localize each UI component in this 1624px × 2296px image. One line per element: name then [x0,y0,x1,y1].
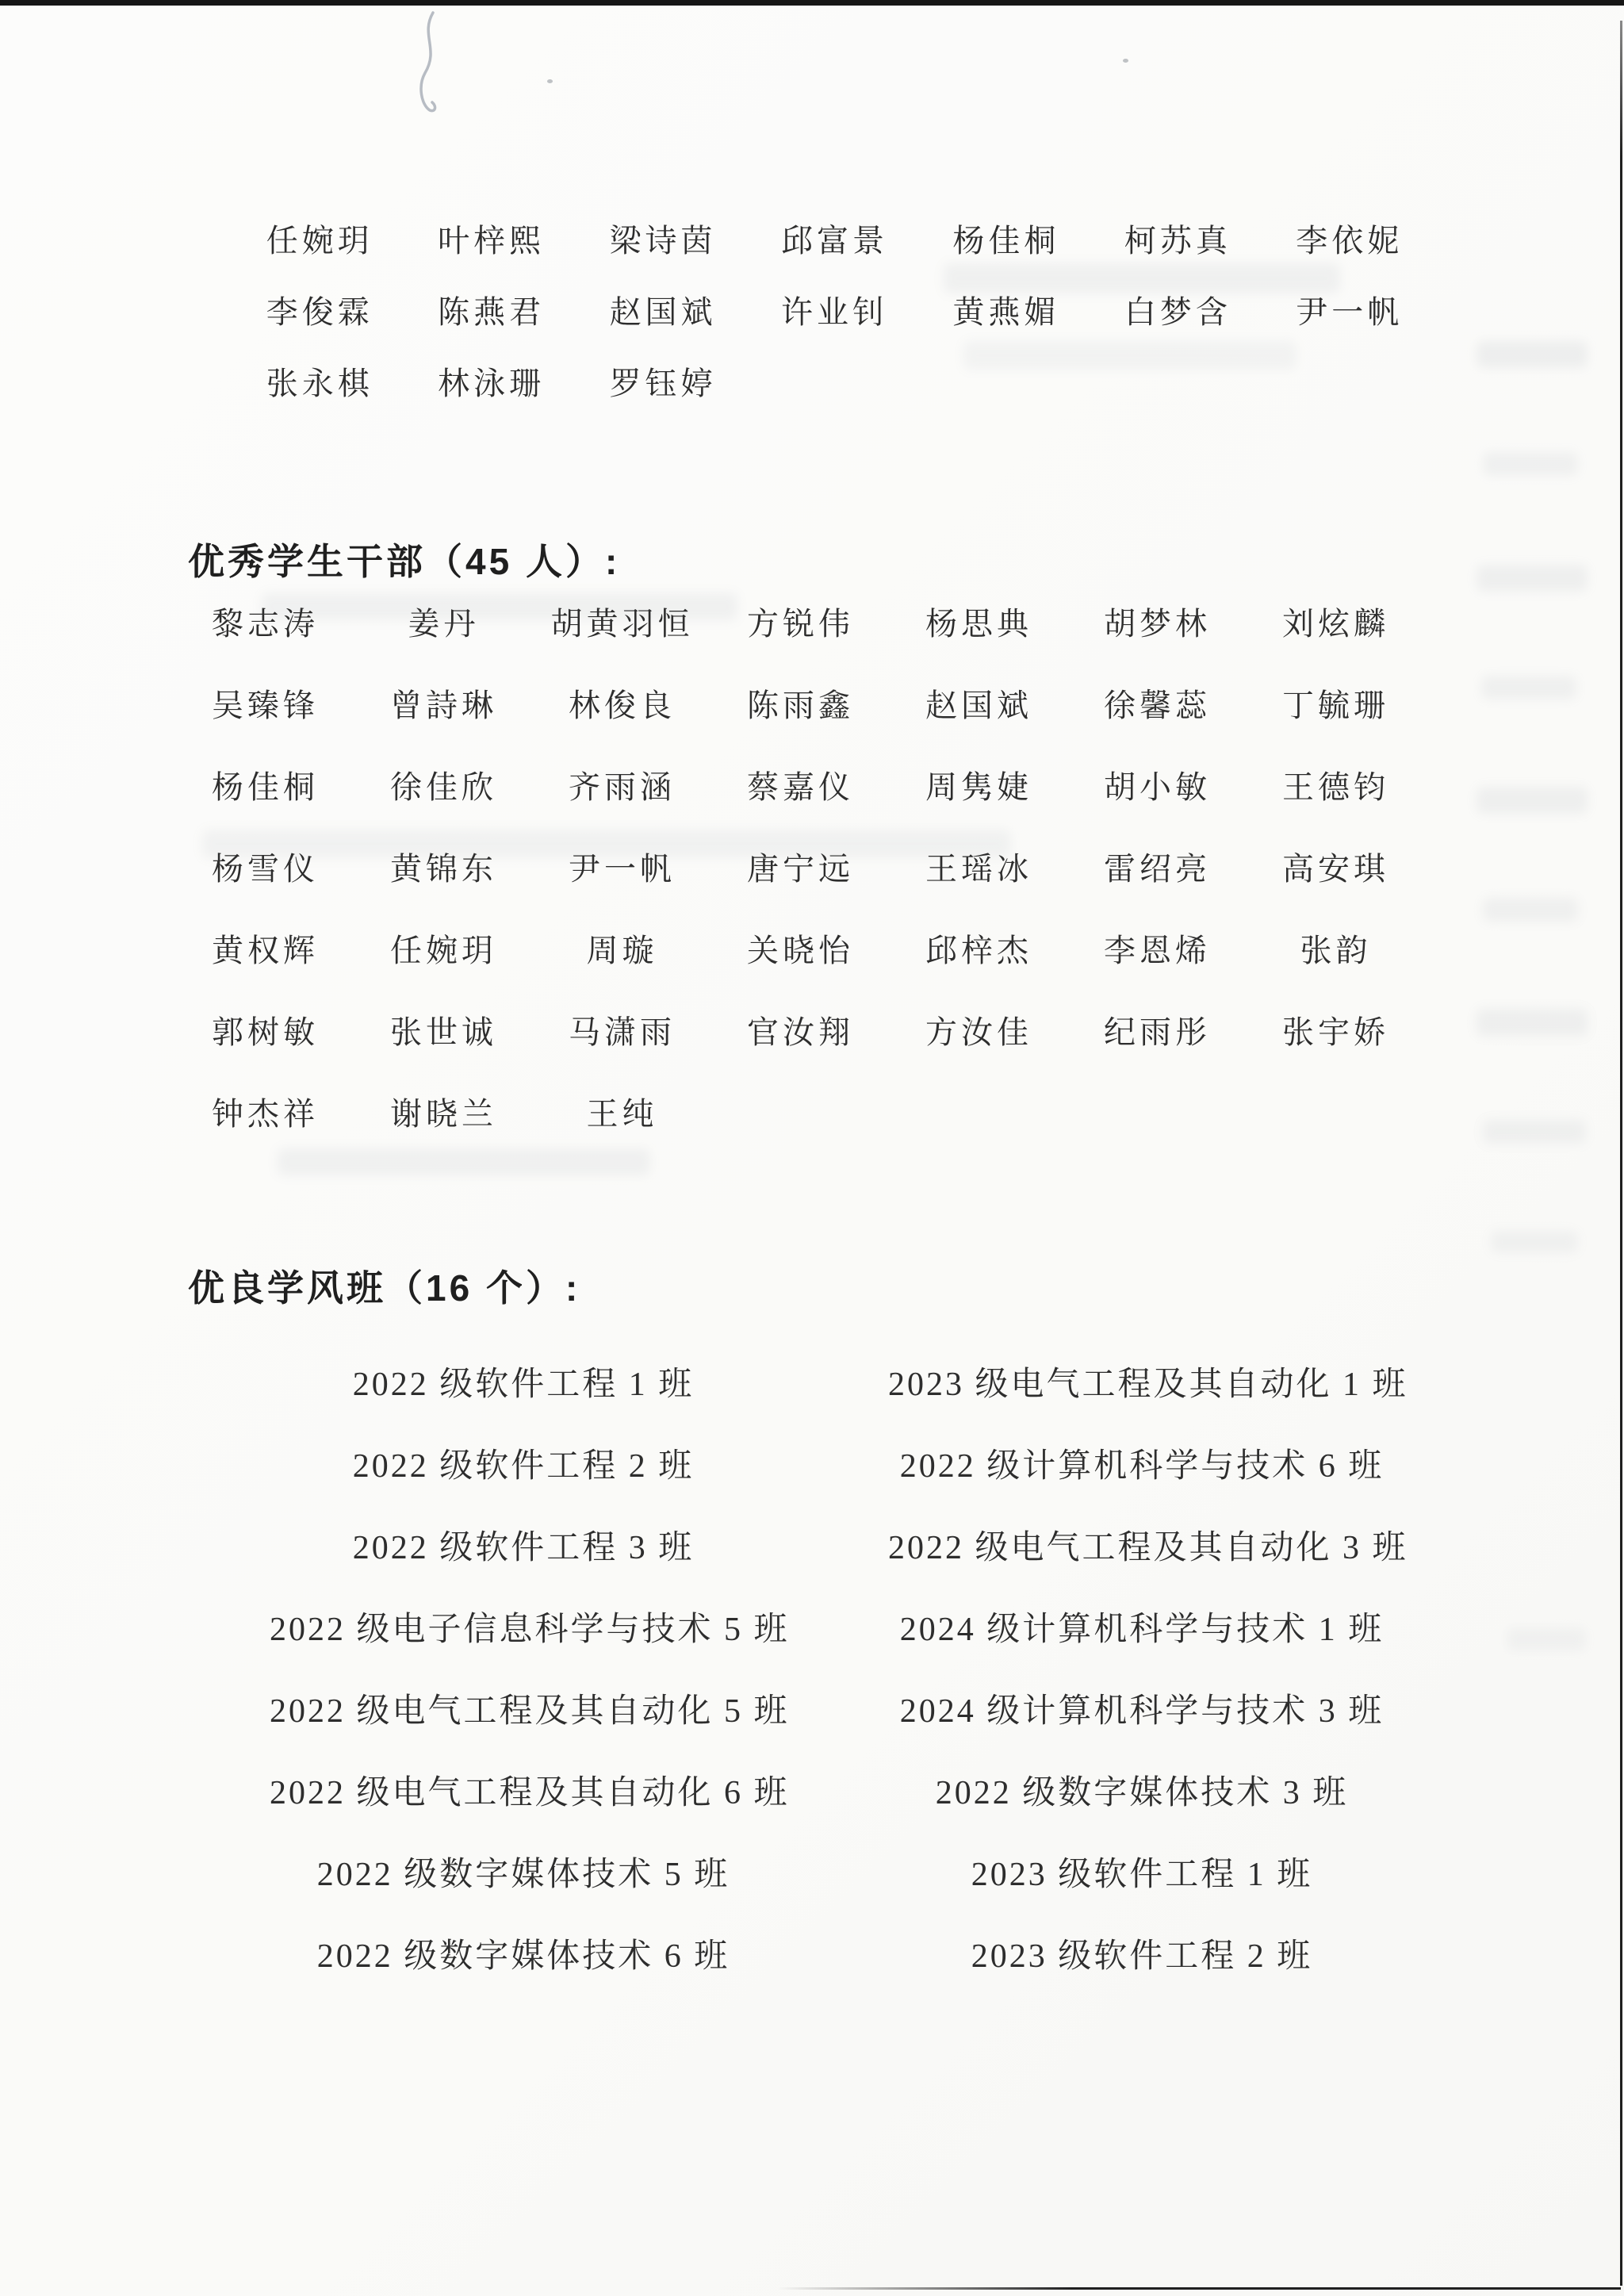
bleedthrough-ghost [1483,1120,1586,1144]
student-name: 黄权辉 [176,926,354,971]
student-name: 林泳珊 [405,358,576,404]
student-name: 王瑶冰 [890,844,1068,889]
class-row: 2022 级电气工程及其自动化 6 班 2022 级数字媒体技术 3 班 [0,1749,1624,1830]
student-name: 高安琪 [1247,844,1425,889]
class-name: 2022 级电气工程及其自动化 6 班 [270,1766,777,1814]
name-row: 黎志涛 姜丹 胡黄羽恒 方锐伟 杨思典 胡梦林 刘炫麟 [176,581,1425,662]
scan-speck [547,79,553,83]
student-name: 尹一帆 [533,844,711,889]
student-name: 王德钧 [1247,762,1425,807]
bleedthrough-ghost [278,1148,650,1175]
class-name: 2022 级电子信息科学与技术 5 班 [270,1603,777,1650]
student-name: 蔡嘉仪 [711,762,890,807]
cadres-name-list: 黎志涛 姜丹 胡黄羽恒 方锐伟 杨思典 胡梦林 刘炫麟 吴臻锋 曾詩琳 林俊良 … [176,581,1425,1152]
student-name: 吴臻锋 [176,680,354,726]
student-name: 胡梦林 [1068,599,1247,644]
student-name: 谢晓兰 [354,1089,533,1134]
bleedthrough-ghost [1477,565,1588,592]
student-name: 王纯 [533,1089,711,1134]
student-name: 赵国斌 [890,680,1068,726]
name-row: 杨雪仪 黄锦东 尹一帆 唐宁远 王瑶冰 雷绍亮 高安琪 [176,826,1425,907]
student-name: 曾詩琳 [354,680,533,726]
student-name: 刘炫麟 [1247,599,1425,644]
student-name: 邱梓杰 [890,926,1068,971]
student-name: 任婉玥 [354,926,533,971]
student-name: 关晓怡 [711,926,890,971]
class-name: 2022 级电气工程及其自动化 5 班 [270,1685,777,1732]
student-name: 马潇雨 [533,1007,711,1052]
student-name: 许业钊 [749,287,920,332]
student-name: 李恩烯 [1068,926,1247,971]
student-name: 方汝佳 [890,1007,1068,1052]
student-name: 张韵 [1247,926,1425,971]
bleedthrough-ghost [1477,341,1588,368]
name-row: 黄权辉 任婉玥 周璇 关晓怡 邱梓杰 李恩烯 张韵 [176,907,1425,989]
class-name: 2024 级计算机科学与技术 3 班 [888,1685,1396,1732]
student-name: 邱富景 [749,216,920,261]
student-name: 唐宁远 [711,844,890,889]
student-name: 白梦含 [1092,287,1263,332]
student-name: 杨佳桐 [921,216,1092,261]
class-name: 2022 级计算机科学与技术 6 班 [888,1439,1396,1487]
student-name: 徐佳欣 [354,762,533,807]
student-name: 雷绍亮 [1068,844,1247,889]
class-row: 2022 级数字媒体技术 6 班 2023 级软件工程 2 班 [0,1912,1624,1994]
class-row: 2022 级电子信息科学与技术 5 班 2024 级计算机科学与技术 1 班 [0,1585,1624,1667]
honor-list-continuation: 任婉玥 叶梓熙 梁诗茵 邱富景 杨佳桐 柯苏真 李依妮 李俊霖 陈燕君 赵国斌 … [234,202,1435,416]
student-name: 任婉玥 [234,216,405,261]
bleedthrough-ghost [1481,676,1576,700]
class-name: 2023 级软件工程 1 班 [888,1848,1396,1895]
class-row: 2022 级软件工程 1 班 2023 级电气工程及其自动化 1 班 [0,1340,1624,1422]
name-row: 张永棋 林泳珊 罗钰婷 [234,345,1435,416]
student-name: 徐馨蕊 [1068,680,1247,726]
class-name: 2023 级软件工程 2 班 [888,1930,1396,1977]
bleedthrough-ghost [1491,1231,1578,1253]
bleedthrough-ghost [1483,452,1578,476]
student-name: 林俊良 [533,680,711,726]
bleedthrough-ghost [1483,898,1578,922]
student-name: 罗钰婷 [577,358,749,404]
student-name: 郭树敏 [176,1007,354,1052]
class-row: 2022 级数字媒体技术 5 班 2023 级软件工程 1 班 [0,1830,1624,1912]
class-name: 2022 级数字媒体技术 3 班 [888,1766,1396,1814]
class-name: 2022 级电气工程及其自动化 3 班 [888,1521,1396,1569]
student-name: 齐雨涵 [533,762,711,807]
name-row: 钟杰祥 谢晓兰 王纯 [176,1071,1425,1152]
scan-speck [1123,59,1128,63]
student-name: 黎志涛 [176,599,354,644]
student-name: 官汝翔 [711,1007,890,1052]
class-list: 2022 级软件工程 1 班 2023 级电气工程及其自动化 1 班 2022 … [0,1340,1624,1994]
student-name: 叶梓熙 [405,216,576,261]
student-name: 张世诚 [354,1007,533,1052]
student-name: 钟杰祥 [176,1089,354,1134]
name-row: 吴臻锋 曾詩琳 林俊良 陈雨鑫 赵国斌 徐馨蕊 丁毓珊 [176,662,1425,744]
student-name: 姜丹 [354,599,533,644]
name-row: 杨佳桐 徐佳欣 齐雨涵 蔡嘉仪 周隽婕 胡小敏 王德钧 [176,744,1425,826]
student-name: 胡黄羽恒 [533,599,711,644]
student-name: 李依妮 [1264,216,1435,261]
bleedthrough-ghost [1477,787,1588,814]
class-name: 2022 级软件工程 3 班 [270,1521,777,1569]
student-name: 周璇 [533,926,711,971]
student-name: 杨雪仪 [176,844,354,889]
student-name: 方锐伟 [711,599,890,644]
student-name: 黄锦东 [354,844,533,889]
student-name: 李俊霖 [234,287,405,332]
student-name: 黄燕媚 [921,287,1092,332]
scan-edge-top [0,0,1624,6]
scanned-document-page: 任婉玥 叶梓熙 梁诗茵 邱富景 杨佳桐 柯苏真 李依妮 李俊霖 陈燕君 赵国斌 … [0,0,1624,2296]
student-name: 杨佳桐 [176,762,354,807]
class-name: 2022 级软件工程 1 班 [270,1358,777,1405]
class-row: 2022 级电气工程及其自动化 5 班 2024 级计算机科学与技术 3 班 [0,1667,1624,1749]
name-row: 郭树敏 张世诚 马潇雨 官汝翔 方汝佳 纪雨彤 张宇娇 [176,989,1425,1071]
name-row: 任婉玥 叶梓熙 梁诗茵 邱富景 杨佳桐 柯苏真 李依妮 [234,202,1435,274]
student-name: 胡小敏 [1068,762,1247,807]
name-row: 李俊霖 陈燕君 赵国斌 许业钊 黄燕媚 白梦含 尹一帆 [234,274,1435,345]
student-name: 尹一帆 [1264,287,1435,332]
student-name: 丁毓珊 [1247,680,1425,726]
student-name: 陈燕君 [405,287,576,332]
bleedthrough-ghost [1477,1009,1588,1036]
classes-heading: 优良学风班（16 个）: [188,1259,580,1312]
class-row: 2022 级软件工程 3 班 2022 级电气工程及其自动化 3 班 [0,1504,1624,1585]
cadres-heading: 优秀学生干部（45 人）: [188,533,620,585]
scan-hair-artifact [414,10,444,119]
class-name: 2024 级计算机科学与技术 1 班 [888,1603,1396,1650]
class-name: 2022 级数字媒体技术 5 班 [270,1848,777,1895]
class-name: 2022 级数字媒体技术 6 班 [270,1930,777,1977]
student-name: 杨思典 [890,599,1068,644]
student-name: 梁诗茵 [577,216,749,261]
class-name: 2022 级软件工程 2 班 [270,1439,777,1487]
student-name: 赵国斌 [577,287,749,332]
scan-edge-bottom [777,2287,1621,2290]
student-name: 周隽婕 [890,762,1068,807]
student-name: 柯苏真 [1092,216,1263,261]
student-name: 陈雨鑫 [711,680,890,726]
student-name: 张宇娇 [1247,1007,1425,1052]
student-name: 张永棋 [234,358,405,404]
class-row: 2022 级软件工程 2 班 2022 级计算机科学与技术 6 班 [0,1422,1624,1504]
class-name: 2023 级电气工程及其自动化 1 班 [888,1358,1396,1405]
student-name: 纪雨彤 [1068,1007,1247,1052]
